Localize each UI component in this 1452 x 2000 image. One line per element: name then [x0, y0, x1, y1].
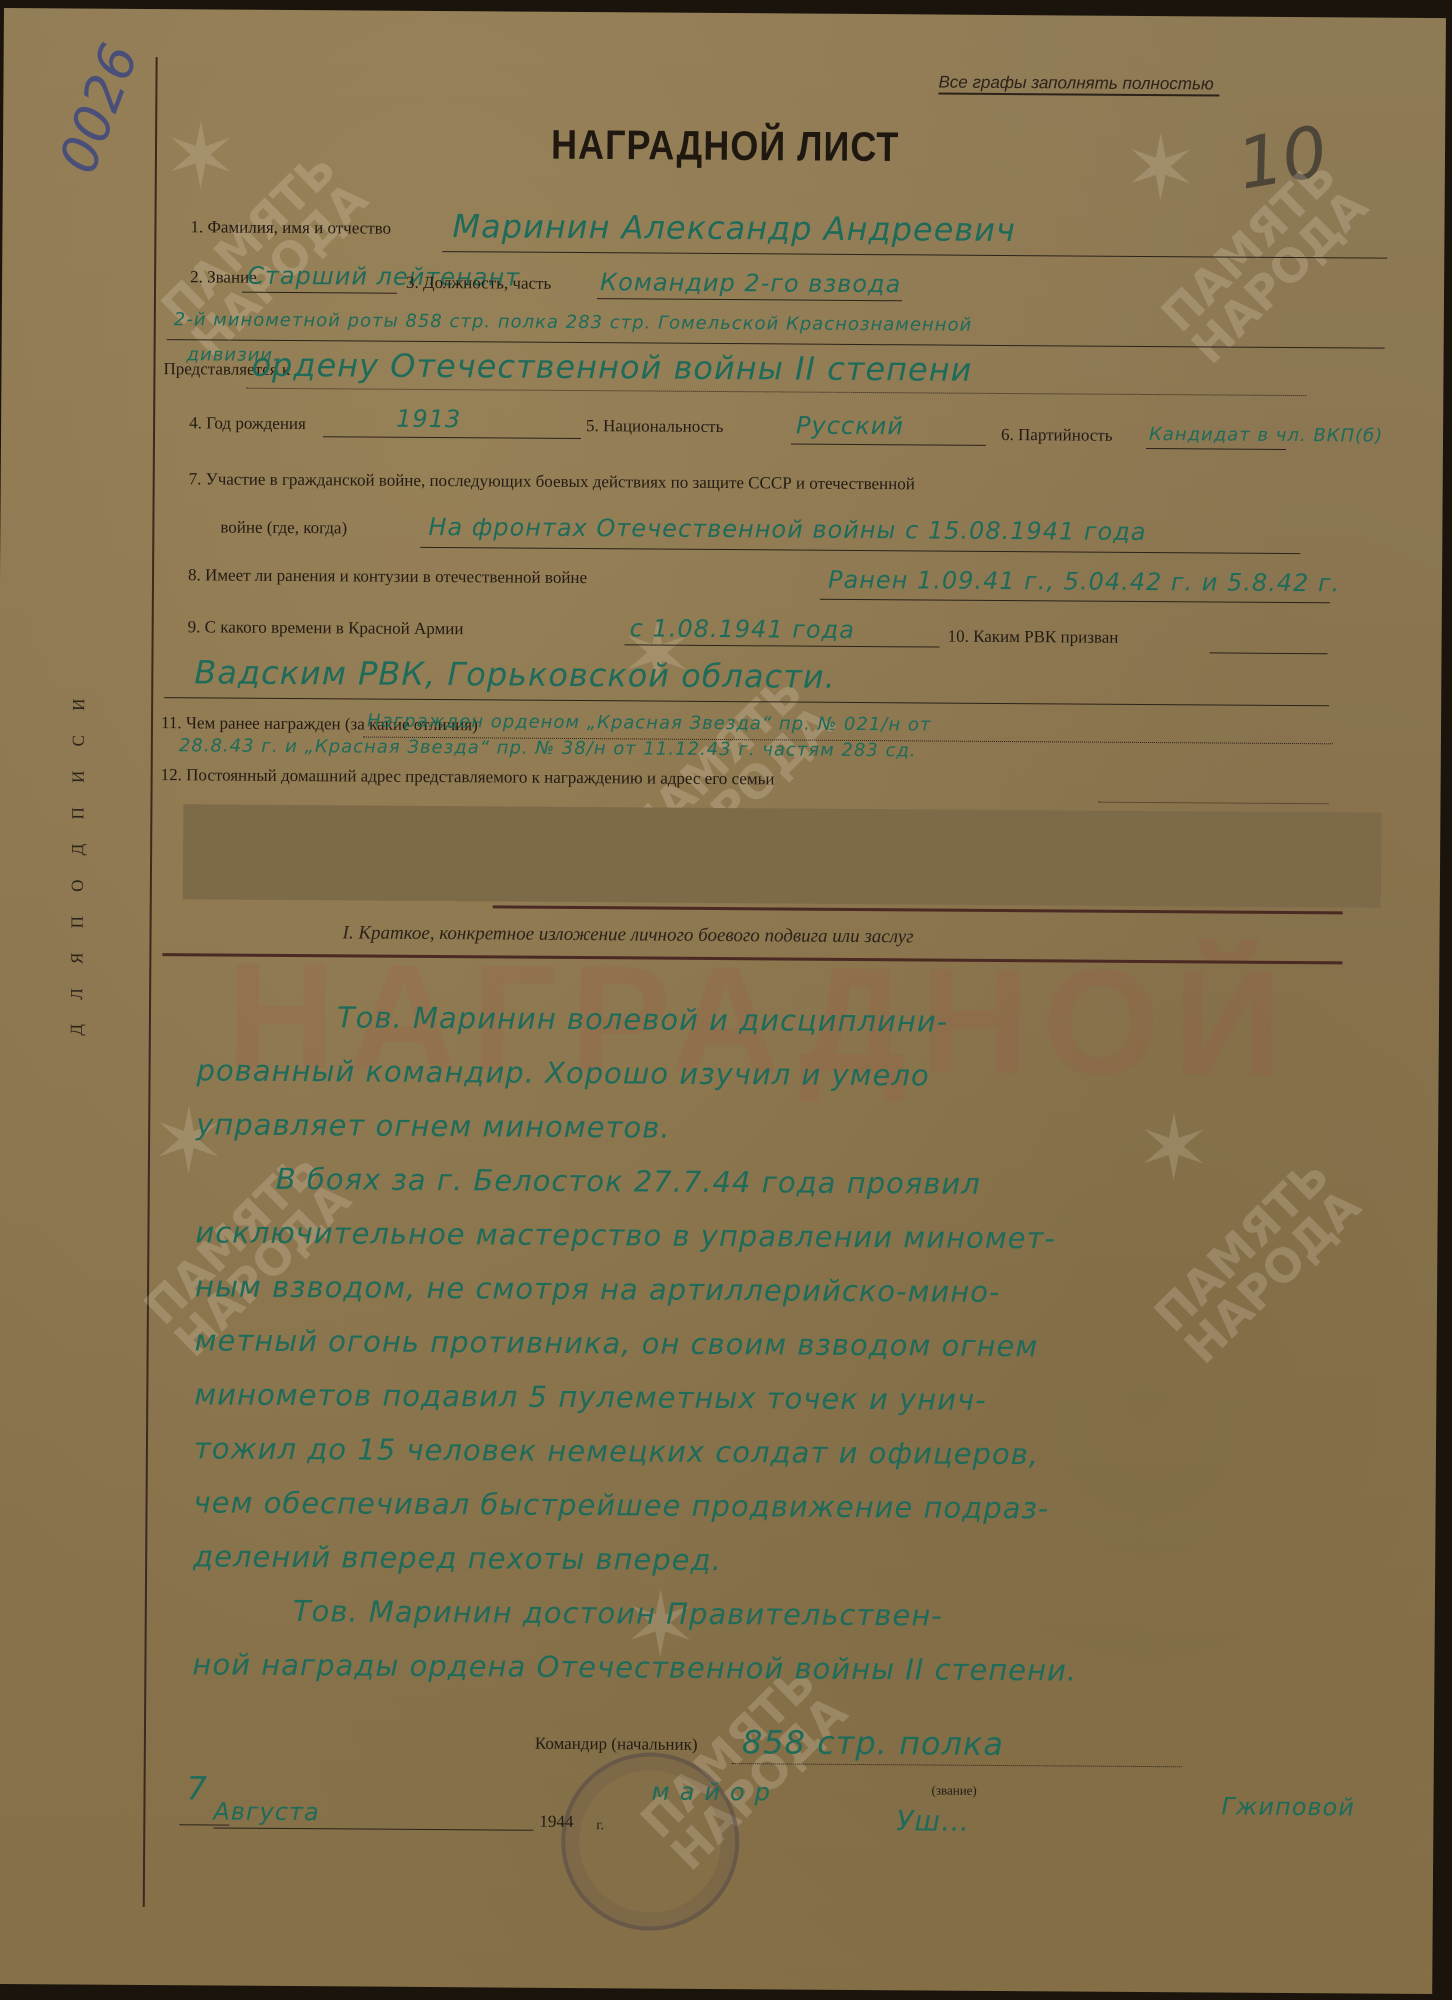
date-suffix: г. — [596, 1818, 604, 1834]
instruction-note: Все графы заполнять полностью — [938, 73, 1219, 97]
redacted-address — [183, 804, 1382, 907]
citation-line: Тов. Маринин волевой и дисциплини- — [197, 989, 1427, 1052]
citation-line: ным взводом, не смотря на артиллерийско-… — [195, 1259, 1425, 1322]
citation-line: Тов. Маринин достоин Правительствен- — [193, 1583, 1423, 1646]
section-heading: I. Краткое, конкретное изложение личного… — [342, 922, 913, 948]
document-title: НАГРАДНОЙ ЛИСТ — [551, 121, 900, 172]
field-10-label: 10. Каким РВК призван — [948, 627, 1119, 648]
field-3-value-line1: Командир 2-го взвода — [600, 268, 901, 298]
field-1-label: 1. Фамилия, имя и отчество — [190, 217, 391, 238]
citation-line: тожил до 15 человек немецких солдат и оф… — [194, 1421, 1424, 1484]
date-month: Августа — [213, 1798, 319, 1827]
field-9-value: с 1.08.1941 года — [630, 614, 855, 644]
field-7-label-line1: 7. Участие в гражданской войне, последую… — [189, 469, 915, 494]
margin-vertical-label: Д Л Я П О Д П И С И — [67, 688, 99, 1035]
field-9-line — [625, 644, 940, 647]
date-day: 7 — [186, 1769, 208, 1807]
field-5-label: 5. Национальность — [586, 416, 723, 437]
field-6-label: 6. Партийность — [1001, 425, 1113, 446]
field-7-value: На фронтах Отечественной войны с 15.08.1… — [428, 513, 1146, 546]
commander-label: Командир (начальник) — [535, 1734, 698, 1755]
field-3-value-line2: 2-й минометной роты 858 стр. полка 283 с… — [174, 309, 973, 336]
citation-line: рованный командир. Хорошо изучил и умело — [196, 1043, 1426, 1106]
field-6-value: Кандидат в чл. ВКП(б) — [1149, 424, 1383, 447]
field-8-label: 8. Имеет ли ранения и контузии в отечест… — [188, 565, 587, 588]
field-11-value-line1: Награжден орденом „Красная Звезда“ пр. №… — [367, 711, 931, 736]
citation-line: исключительное мастерство в управлении м… — [195, 1205, 1425, 1268]
citation-line: В боях за г. Белосток 27.7.44 года прояв… — [196, 1151, 1426, 1214]
presented-line — [246, 388, 1306, 396]
field-5-line — [791, 444, 986, 446]
presented-value: ордену Отечественной войны II степени — [251, 346, 972, 389]
field-2-line — [242, 292, 397, 294]
field-7-line — [420, 547, 1300, 554]
field-4-value: 1913 — [396, 405, 461, 433]
field-9-label: 9. С какого времени в Красной Армии — [188, 617, 464, 639]
field-4-label: 4. Год рождения — [189, 413, 306, 434]
watermark-star-icon: ✶ — [1123, 116, 1199, 222]
citation-text: Тов. Маринин волевой и дисциплини- рован… — [192, 989, 1427, 1700]
citation-line: чем обеспечивал быстрейшее продвижение п… — [193, 1475, 1423, 1538]
field-3-label: 3. Должность, часть — [406, 273, 551, 294]
field-3-line — [597, 298, 902, 301]
section-rule-top — [493, 905, 1343, 914]
margin-line — [143, 57, 158, 1907]
citation-line: минометов подавил 5 пулеметных точек и у… — [194, 1367, 1424, 1430]
signature-scribble: Уш… — [896, 1804, 970, 1838]
field-4-line — [323, 436, 581, 439]
field-10-line — [1210, 652, 1328, 654]
field-12-line — [1098, 802, 1328, 805]
date-year: 1944 — [539, 1812, 573, 1832]
date-month-line — [213, 1828, 533, 1831]
rank-caption: (звание) — [932, 1783, 977, 1799]
watermark-star-icon: ✶ — [163, 104, 239, 210]
archive-number: 0026 — [48, 36, 150, 181]
field-1-value: Маринин Александр Андреевич — [452, 207, 1016, 249]
field-7-label-line2: войне (где, когда) — [220, 518, 347, 539]
field-10-line-2 — [164, 697, 1329, 706]
citation-line: делений вперед пехоты вперед. — [193, 1529, 1423, 1592]
commander-value: 858 стр. полка — [742, 1723, 1004, 1763]
field-1-line — [442, 251, 1387, 259]
field-11-value-line2: 28.8.43 г. и „Красная Звезда“ пр. № 38/н… — [179, 735, 917, 761]
field-12-label: 12. Постоянный домашний адрес представля… — [161, 765, 775, 789]
citation-line: ной награды ордена Отечественной войны I… — [192, 1637, 1422, 1700]
corner-number: 10 — [1232, 110, 1334, 206]
field-6-line — [1146, 448, 1286, 450]
commander-line — [732, 1763, 1182, 1767]
field-5-value: Русский — [796, 412, 904, 441]
signer-name: Гжиповой — [1221, 1793, 1355, 1822]
citation-line: метный огонь противника, он своим взводо… — [195, 1313, 1425, 1376]
rank-value: майор — [651, 1778, 780, 1807]
citation-line: управляет огнем минометов. — [196, 1097, 1426, 1160]
award-sheet: 0026 Д Л Я П О Д П И С И 10 Все графы за… — [0, 8, 1446, 1994]
field-10-value: Вадским РВК, Горьковской области. — [194, 653, 836, 695]
field-8-value: Ранен 1.09.41 г., 5.04.42 г. и 5.8.42 г. — [828, 566, 1340, 598]
field-8-line — [820, 599, 1330, 604]
section-rule-bottom — [162, 953, 1342, 964]
